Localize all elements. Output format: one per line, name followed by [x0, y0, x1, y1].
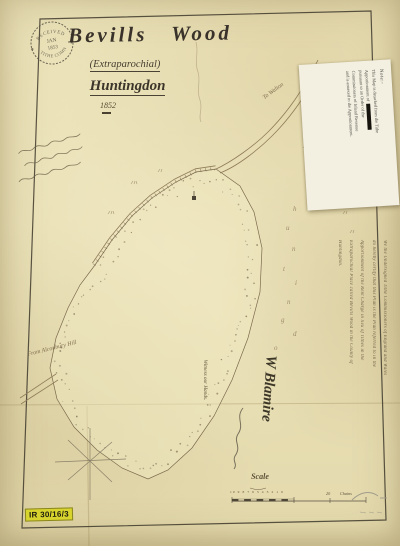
map-year: 1852 — [88, 101, 128, 110]
note-text: Note:- This Map is detached from the Tit… — [304, 65, 394, 206]
scattered-letter: h — [293, 205, 297, 213]
archival-note-slip: Note:- This Map is detached from the Tit… — [299, 59, 400, 210]
scattered-letter: n — [292, 245, 296, 253]
scale-label: Scale — [240, 472, 280, 481]
certification-line: Apportionment of the Rent Charge in lieu… — [360, 240, 365, 420]
map-title: Bevills Wood — [40, 20, 260, 49]
scattered-letter: d — [293, 330, 297, 338]
certification-line: Huntingdon. — [337, 240, 342, 420]
scattered-letter: i — [295, 279, 297, 287]
wood-outline — [50, 169, 262, 479]
year-underline — [102, 112, 111, 114]
certification-text: We the Undersigned Tithe Commissioners o… — [337, 240, 387, 420]
archive-reference-label: IR 30/16/3 — [25, 507, 73, 521]
scattered-letter: n — [287, 298, 291, 306]
scale-unit: Chains — [340, 491, 352, 496]
certification-line: We the Undersigned Tithe Commissioners o… — [382, 240, 387, 420]
pencil-marks — [352, 493, 387, 513]
redaction-bar — [367, 103, 373, 129]
map-subtitle: (Extraparochial) — [90, 59, 161, 72]
map-county: Huntingdon — [90, 78, 166, 96]
scattered-letter: g — [281, 316, 285, 324]
certification-line: Extraparochial Place called Bevills Wood… — [348, 240, 353, 420]
handwritten-note-squiggles — [13, 134, 86, 182]
scale-mid-number: 20 — [326, 491, 330, 496]
second-signature-squiggle — [234, 408, 243, 469]
scattered-letter: t — [283, 265, 285, 273]
stamp-star-left: ✱ — [31, 47, 36, 52]
tithe-map-document: RECEIVED TITHE COMN JAN 1853 ✱ ✱ Bevills… — [0, 0, 400, 546]
scale-digits: 10 9 8 7 6 5 4 3 2 1 0 — [230, 490, 284, 494]
witness-our-hands: Witness our Hands. — [202, 335, 208, 425]
scattered-letter: u — [286, 224, 290, 232]
certification-line: do hereby certify that this Plan is the … — [371, 240, 376, 420]
